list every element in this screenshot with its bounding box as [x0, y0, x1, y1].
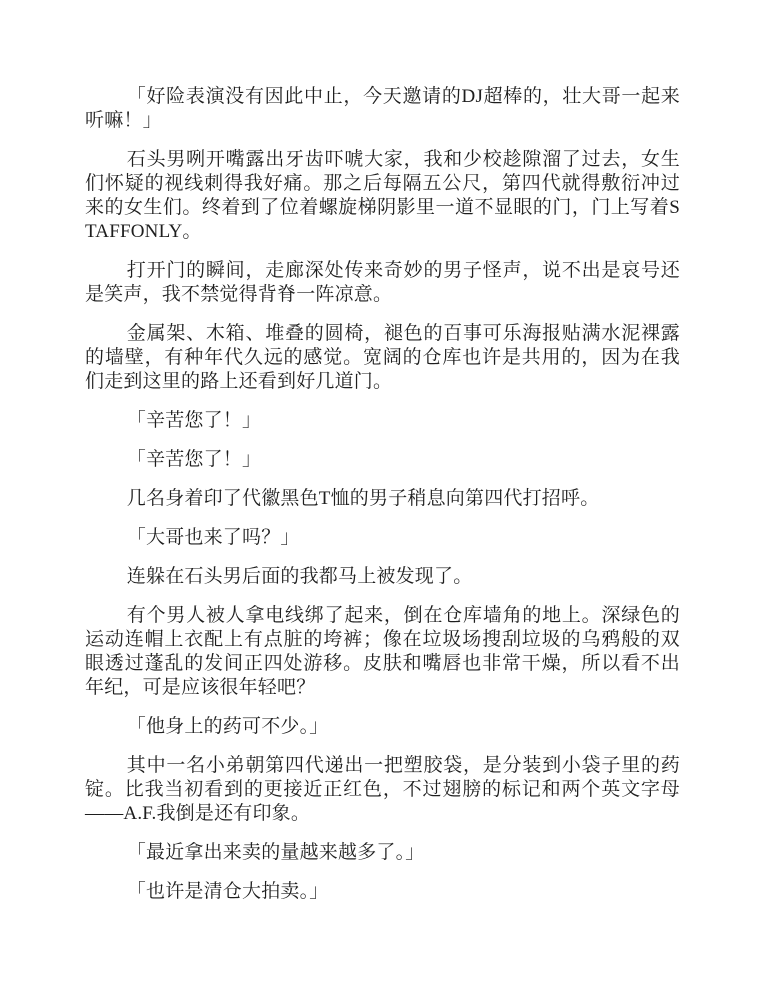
paragraph-dialogue: 「辛苦您了！」	[85, 409, 680, 433]
paragraph-dialogue: 「最近拿出来卖的量越来越多了。」	[85, 841, 680, 865]
paragraph-narration: 其中一名小弟朝第四代递出一把塑胶袋，是分装到小袋子里的药锭。比我当初看到的更接近…	[85, 754, 680, 826]
paragraph-narration: 金属架、木箱、堆叠的圆椅，褪色的百事可乐海报贴满水泥裸露的墙壁，有种年代久远的感…	[85, 322, 680, 394]
paragraph-narration: 打开门的瞬间，走廊深处传来奇妙的男子怪声，说不出是哀号还是笑声，我不禁觉得背脊一…	[85, 259, 680, 307]
paragraph-dialogue: 「辛苦您了！」	[85, 448, 680, 472]
paragraph-narration: 几名身着印了代徽黑色T恤的男子稍息向第四代打招呼。	[85, 487, 680, 511]
paragraph-dialogue: 「大哥也来了吗？」	[85, 526, 680, 550]
paragraph-dialogue: 「也许是清仓大拍卖。」	[85, 880, 680, 904]
document-page: 「好险表演没有因此中止，今天邀请的DJ超棒的，壮大哥一起来听嘛！」 石头男咧开嘴…	[0, 0, 765, 990]
paragraph-narration: 连躲在石头男后面的我都马上被发现了。	[85, 565, 680, 589]
paragraph-narration: 石头男咧开嘴露出牙齿吓唬大家，我和少校趁隙溜了过去，女生们怀疑的视线刺得我好痛。…	[85, 148, 680, 244]
paragraph-dialogue: 「好险表演没有因此中止，今天邀请的DJ超棒的，壮大哥一起来听嘛！」	[85, 85, 680, 133]
paragraph-narration: 有个男人被人拿电线绑了起来，倒在仓库墙角的地上。深绿色的运动连帽上衣配上有点脏的…	[85, 604, 680, 700]
paragraph-dialogue: 「他身上的药可不少。」	[85, 715, 680, 739]
